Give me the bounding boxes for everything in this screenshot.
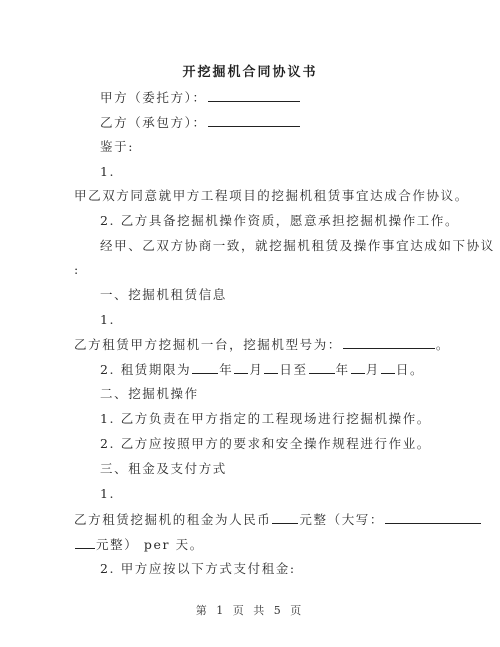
month-label: 月	[366, 362, 380, 377]
end-day-blank	[381, 361, 395, 374]
rent-per-day-label: 元整） per 天。	[96, 537, 204, 552]
day-to-label: 日至	[279, 362, 307, 377]
party-a-blank	[208, 89, 300, 102]
rent-amount-label: 乙方租赁挖掘机的租金为人民币	[74, 512, 271, 527]
party-a-label: 甲方（委托方）：	[100, 90, 207, 105]
year-label: 年	[336, 362, 350, 377]
start-month-blank	[234, 361, 248, 374]
section-2-item-2: 2. 乙方应按照甲方的要求和安全操作规程进行作业。	[100, 436, 431, 452]
year-label: 年	[219, 362, 233, 377]
whereas-item-1-num: 1.	[100, 164, 115, 180]
section-1-heading: 一、挖掘机租赁信息	[100, 287, 227, 303]
page-number: 第 1 页 共 5 页	[0, 602, 500, 618]
period-mark: 。	[436, 337, 450, 352]
section-1-item-1-num: 1.	[100, 312, 115, 328]
agreement-intro: 经甲、乙双方协商一致，就挖掘机租赁及操作事宜达成如下协议	[100, 238, 495, 254]
rent-uppercase-blank	[385, 511, 481, 524]
agreement-intro-tail: :	[74, 262, 80, 278]
section-3-item-1: 乙方租赁挖掘机的租金为人民币元整（大写：	[74, 511, 482, 528]
whereas-heading: 鉴于:	[100, 139, 134, 155]
end-month-blank	[351, 361, 365, 374]
rent-uppercase-blank-cont	[75, 536, 95, 549]
day-label: 日。	[396, 362, 424, 377]
section-3-item-1-cont: 元整） per 天。	[74, 536, 204, 553]
excavator-model-label: 乙方租赁甲方挖掘机一台，挖掘机型号为：	[74, 337, 342, 352]
section-3-heading: 三、租金及支付方式	[100, 461, 227, 477]
rent-uppercase-label: 元整（大写：	[299, 512, 384, 527]
section-1-item-1: 乙方租赁甲方挖掘机一台，挖掘机型号为：。	[74, 336, 450, 353]
party-b-label: 乙方（承包方）：	[100, 115, 207, 130]
month-label: 月	[249, 362, 263, 377]
whereas-item-1-text: 甲乙双方同意就甲方工程项目的挖掘机租赁事宜达成合作协议。	[74, 188, 469, 204]
end-year-blank	[309, 361, 335, 374]
section-3-item-1-num: 1.	[100, 486, 115, 502]
section-2-heading: 二、挖掘机操作	[100, 386, 199, 402]
document-page: 开挖掘机合同协议书 甲方（委托方）： 乙方（承包方）： 鉴于: 1. 甲乙双方同…	[0, 0, 500, 647]
party-a-line: 甲方（委托方）：	[100, 89, 301, 106]
section-3-item-2: 2. 甲方应按以下方式支付租金:	[100, 561, 296, 577]
party-b-blank	[208, 114, 300, 127]
section-1-item-2: 2. 租赁期限为年月日至年月日。	[100, 361, 424, 378]
lease-period-label: 2. 租赁期限为	[100, 362, 191, 377]
start-year-blank	[192, 361, 218, 374]
whereas-item-2: 2. 乙方具备挖掘机操作资质，愿意承担挖掘机操作工作。	[100, 213, 459, 229]
excavator-model-blank	[343, 336, 435, 349]
party-b-line: 乙方（承包方）：	[100, 114, 301, 131]
rent-amount-blank	[272, 511, 298, 524]
document-title: 开挖掘机合同协议书	[0, 61, 500, 80]
start-day-blank	[264, 361, 278, 374]
section-2-item-1: 1. 乙方负责在甲方指定的工程现场进行挖掘机操作。	[100, 411, 431, 427]
